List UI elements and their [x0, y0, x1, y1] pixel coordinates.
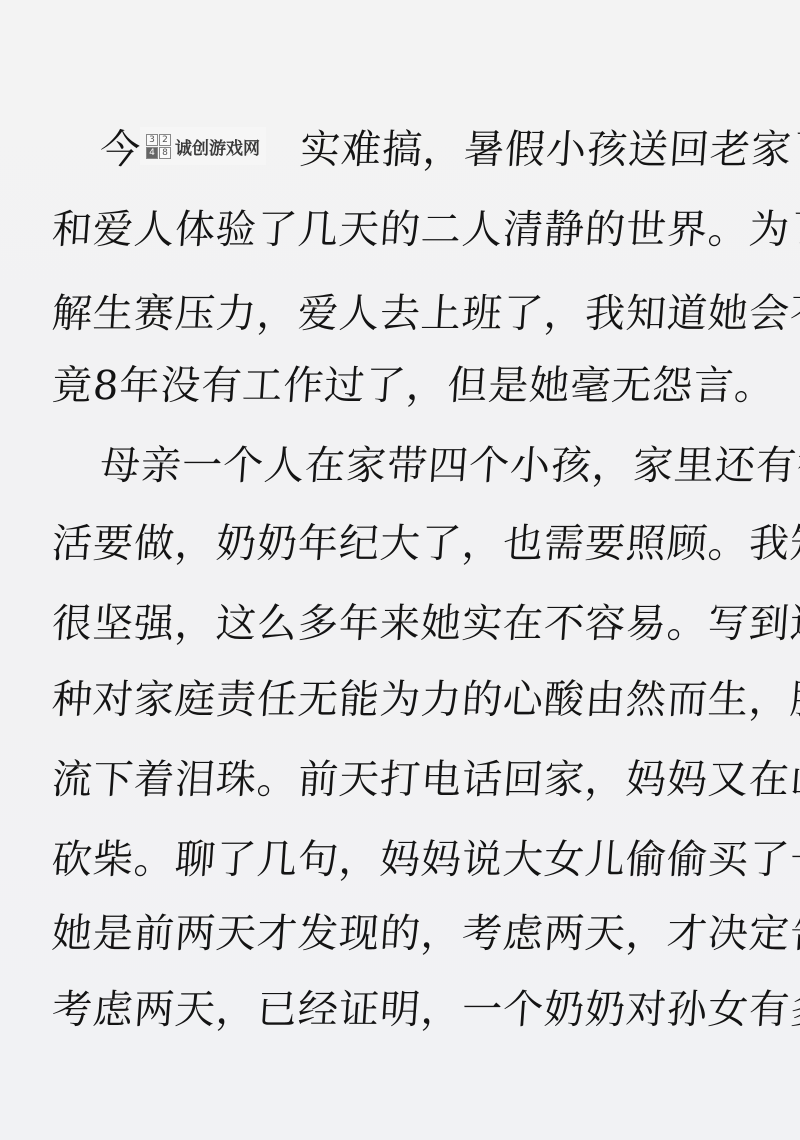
handwritten-line-8: 种对家庭责任无能为力的心酸由然而生，脸上 [50, 676, 773, 724]
line-1-start: 今 [98, 127, 142, 173]
line-1-end: 实难搞，暑假小孩送回老家了， [298, 126, 800, 174]
handwritten-line-2: 和爱人体验了几天的二人清静的世界。为了缓 [50, 206, 773, 254]
handwritten-line-4: 竟8年没有工作过了，但是她毫无怨言。 [50, 362, 773, 410]
handwritten-line-9: 流下着泪珠。前天打电话回家，妈妈又在山里 [50, 756, 773, 804]
handwritten-line-7: 很坚强，这么多年来她实在不容易。写到这里，那 [50, 600, 773, 648]
handwritten-line-12: 考虑两天，已经证明，一个奶奶对孙女有多爱 [50, 986, 773, 1034]
watermark-logo-icon: 3 2 4 8 [146, 134, 171, 159]
letter-paper: 今 实难搞，暑假小孩送回老家了， 和爱人体验了几天的二人清静的世界。为了缓 解生… [0, 0, 800, 1140]
handwritten-line-10: 砍柴。聊了几句，妈妈说大女儿偷偷买了一个手机， [50, 836, 773, 884]
handwritten-line-5: 母亲一个人在家带四个小孩，家里还有很多农 [98, 442, 800, 490]
watermark-text: 诚创游戏网 [175, 134, 260, 159]
handwritten-line-3: 解生赛压力，爱人去上班了，我知道她会不习惯，毕 [50, 290, 773, 338]
handwritten-line-6: 活要做，奶奶年纪大了，也需要照顾。我知道她 [50, 520, 773, 568]
handwritten-line-11: 她是前两天才发现的，考虑两天，才决定告诉我， [50, 910, 773, 958]
site-watermark: 3 2 4 8 诚创游戏网 [140, 127, 266, 165]
